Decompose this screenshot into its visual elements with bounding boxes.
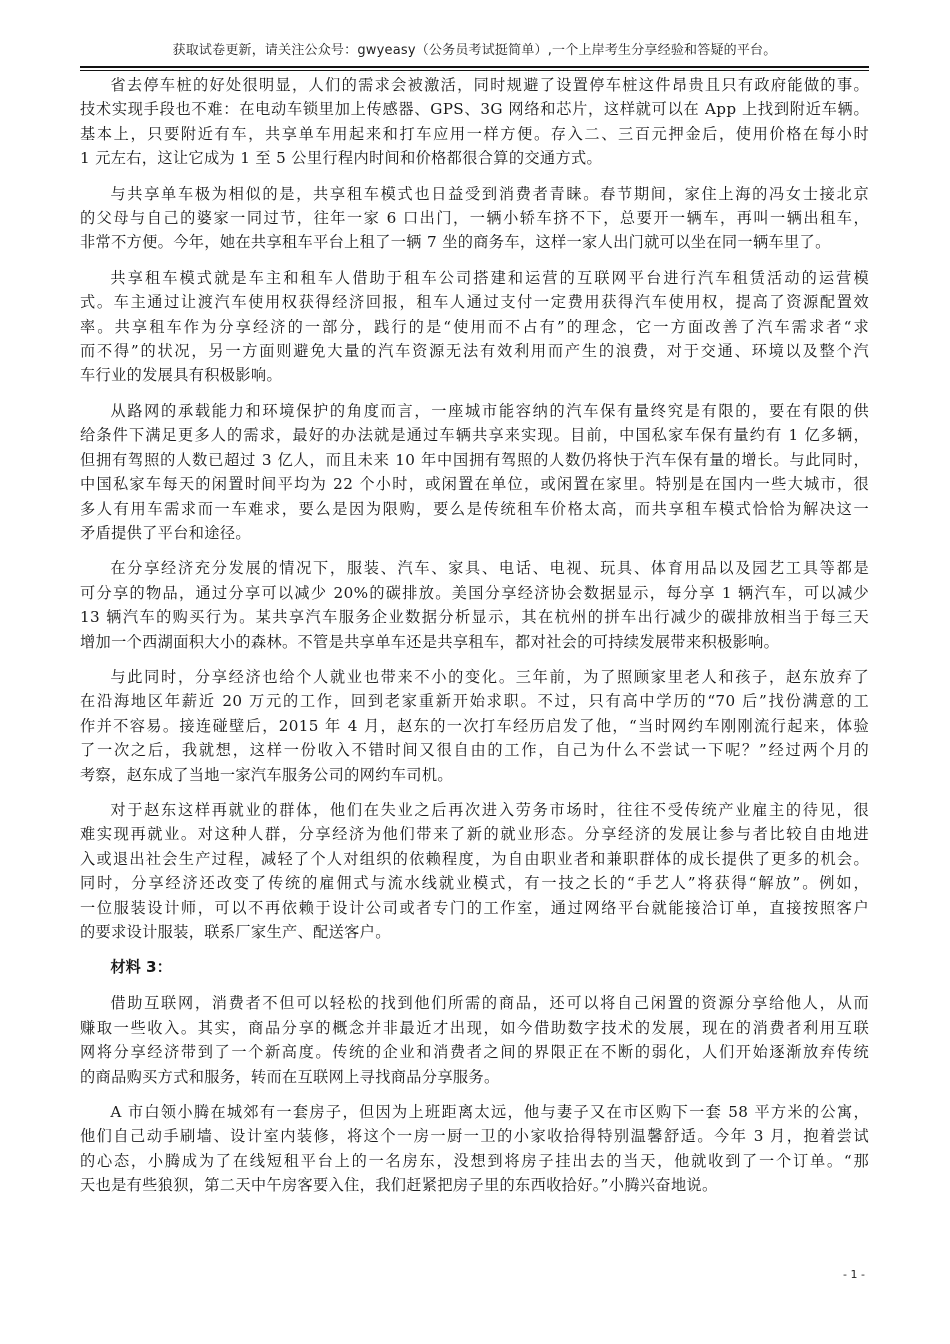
text-line: 基本上，只要附近有车，共享单车用起来和打车应用一样方便。存入二、三百元押金后，使…	[80, 122, 869, 146]
text-line: 从路网的承载能力和环境保护的角度而言，一座城市能容纳的汽车保有量终究是有限的，要…	[80, 399, 869, 423]
text-line: 对于赵东这样再就业的群体，他们在失业之后再次进入劳务市场时，往往不受传统产业雇主…	[80, 798, 869, 822]
text-line: 了一次之后，我就想，这样一份收入不错时间又很自由的工作，自己为什么不尝试一下呢？…	[80, 738, 869, 762]
text-line: 的父母与自己的婆家一同过节，往年一家 6 口出门，一辆小轿车挤不下，总要开一辆车…	[80, 206, 869, 230]
text-line: 技术实现手段也不难：在电动车锁里加上传感器、GPS、3G 网络和芯片，这样就可以…	[80, 97, 869, 121]
page-number: - 1 -	[843, 1268, 865, 1281]
text-line: 1 元左右，这让它成为 1 至 5 公里行程内时间和价格都很合算的交通方式。	[80, 146, 869, 170]
text-line: 在分享经济充分发展的情况下，服装、汽车、家具、电话、电视、玩具、体育用品以及园艺…	[80, 556, 869, 580]
text-line: 的心态，小腾成为了在线短租平台上的一名房东，没想到将房子挂出去的当天，他就收到了…	[80, 1149, 869, 1173]
text-line: 一位服装设计师，可以不再依赖于设计公司或者专门的工作室，通过网络平台就能接洽订单…	[80, 896, 869, 920]
paragraph-carbon-reduction: 在分享经济充分发展的情况下，服装、汽车、家具、电话、电视、玩具、体育用品以及园艺…	[80, 556, 869, 654]
paragraph-reemployment: 对于赵东这样再就业的群体，他们在失业之后再次进入劳务市场时，往往不受传统产业雇主…	[80, 798, 869, 944]
text-line: 他们自己动手刷墙、设计室内装修，将这个一房一厨一卫的小家收拾得特别温馨舒适。今年…	[80, 1124, 869, 1148]
text-line: 多人有用车需求而一车难求，要么是因为限购，要么是传统租车价格太高，而共享租车模式…	[80, 497, 869, 521]
text-line: 的商品购买方式和服务，转而在互联网上寻找商品分享服务。	[80, 1065, 869, 1089]
text-line: 与共享单车极为相似的是，共享租车模式也日益受到消费者青睐。春节期间，家住上海的冯…	[80, 182, 869, 206]
text-line: 13 辆汽车的购买行为。某共享汽车服务企业数据分析显示，其在杭州的拼车出行减少的…	[80, 605, 869, 629]
text-line: 但拥有驾照的人数已超过 3 亿人，而且未来 10 年中国拥有驾照的人数仍将快于汽…	[80, 448, 869, 472]
paragraph-short-rental-example: A 市白领小腾在城郊有一套房子，但因为上班距离太远，他与妻子又在市区购下一套 5…	[80, 1100, 869, 1198]
text-line: 借助互联网，消费者不但可以轻松的找到他们所需的商品，还可以将自己闲置的资源分享给…	[80, 991, 869, 1015]
paragraph-car-sharing-example: 与共享单车极为相似的是，共享租车模式也日益受到消费者青睐。春节期间，家住上海的冯…	[80, 182, 869, 255]
text-line: 赚取一些收入。其实，商品分享的概念并非最近才出现，如今借助数字技术的发展，现在的…	[80, 1016, 869, 1040]
text-line: 式。车主通过让渡汽车使用权获得经济回报，租车人通过支付一定费用获得汽车使用权，提…	[80, 290, 869, 314]
text-line: 网将分享经济带到了一个新高度。传统的企业和消费者之间的界限正在不断的弱化，人们开…	[80, 1040, 869, 1064]
text-line: 难实现再就业。对这种人群，分享经济为他们带来了新的就业形态。分享经济的发展让参与…	[80, 822, 869, 846]
header-double-rule	[80, 66, 869, 71]
paragraph-bike-sharing-tech: 省去停车桩的好处很明显，人们的需求会被激活，同时规避了设置停车桩这件昂贵且只有政…	[80, 73, 869, 171]
paragraph-employment-change: 与此同时，分享经济也给个人就业也带来不小的变化。三年前，为了照顾家里老人和孩子，…	[80, 665, 869, 787]
text-line: 率。共享租车作为分享经济的一部分，践行的是“使用而不占有”的理念，它一方面改善了…	[80, 315, 869, 339]
text-line: A 市白领小腾在城郊有一套房子，但因为上班距离太远，他与妻子又在市区购下一套 5…	[80, 1100, 869, 1124]
document-body: 省去停车桩的好处很明显，人们的需求会被激活，同时规避了设置停车桩这件昂贵且只有政…	[80, 73, 869, 1209]
text-line: 省去停车桩的好处很明显，人们的需求会被激活，同时规避了设置停车桩这件昂贵且只有政…	[80, 73, 869, 97]
paragraph-road-capacity: 从路网的承载能力和环境保护的角度而言，一座城市能容纳的汽车保有量终究是有限的，要…	[80, 399, 869, 545]
text-line: 可分享的物品，通过分享可以减少 20%的碳排放。美国分享经济协会数据显示，每分享…	[80, 581, 869, 605]
text-line: 增加一个西湖面积大小的森林。不管是共享单车还是共享租车，都对社会的可持续发展带来…	[80, 630, 869, 654]
text-line: 天也是有些狼狈，第二天中午房客要入住，我们赶紧把房子里的东西收拾好。”小腾兴奋地…	[80, 1173, 869, 1197]
text-line: 矛盾提供了平台和途径。	[80, 521, 869, 545]
text-line: 入或退出社会生产过程，减轻了个人对组织的依赖程度，为自由职业者和兼职群体的成长提…	[80, 847, 869, 871]
page-header-notice: 获取试卷更新，请关注公众号：gwyeasy（公务员考试挺简单）,一个上岸考生分享…	[80, 42, 869, 60]
paragraph-car-sharing-model: 共享租车模式就是车主和租车人借助于租车公司搭建和运营的互联网平台进行汽车租赁活动…	[80, 266, 869, 388]
text-line: 非常不方便。今年，她在共享租车平台上租了一辆 7 坐的商务车，这样一家人出门就可…	[80, 230, 869, 254]
text-line: 的要求设计服装，联系厂家生产、配送客户。	[80, 920, 869, 944]
text-line: 而不得”的状况，另一方面则避免大量的汽车资源无法有效利用而产生的浪费，对于交通、…	[80, 339, 869, 363]
text-line: 中国私家车每天的闲置时间平均为 22 个小时，或闲置在单位，或闲置在家里。特别是…	[80, 472, 869, 496]
text-line: 在沿海地区年薪近 20 万元的工作，回到老家重新开始求职。不过，只有高中学历的“…	[80, 689, 869, 713]
text-line: 给条件下满足更多人的需求，最好的办法就是通过车辆共享来实现。目前，中国私家车保有…	[80, 423, 869, 447]
text-line: 考察，赵东成了当地一家汽车服务公司的网约车司机。	[80, 763, 869, 787]
text-line: 共享租车模式就是车主和租车人借助于租车公司搭建和运营的互联网平台进行汽车租赁活动…	[80, 266, 869, 290]
text-line: 同时，分享经济还改变了传统的雇佣式与流水线就业模式，有一技之长的“手艺人”将获得…	[80, 871, 869, 895]
text-line: 作并不容易。接连碰壁后，2015 年 4 月，赵东的一次打车经历启发了他，“当时…	[80, 714, 869, 738]
section-heading-material-3: 材料 3：	[80, 955, 869, 979]
text-line: 与此同时，分享经济也给个人就业也带来不小的变化。三年前，为了照顾家里老人和孩子，…	[80, 665, 869, 689]
text-line: 车行业的发展具有积极影响。	[80, 363, 869, 387]
paragraph-goods-sharing: 借助互联网，消费者不但可以轻松的找到他们所需的商品，还可以将自己闲置的资源分享给…	[80, 991, 869, 1089]
